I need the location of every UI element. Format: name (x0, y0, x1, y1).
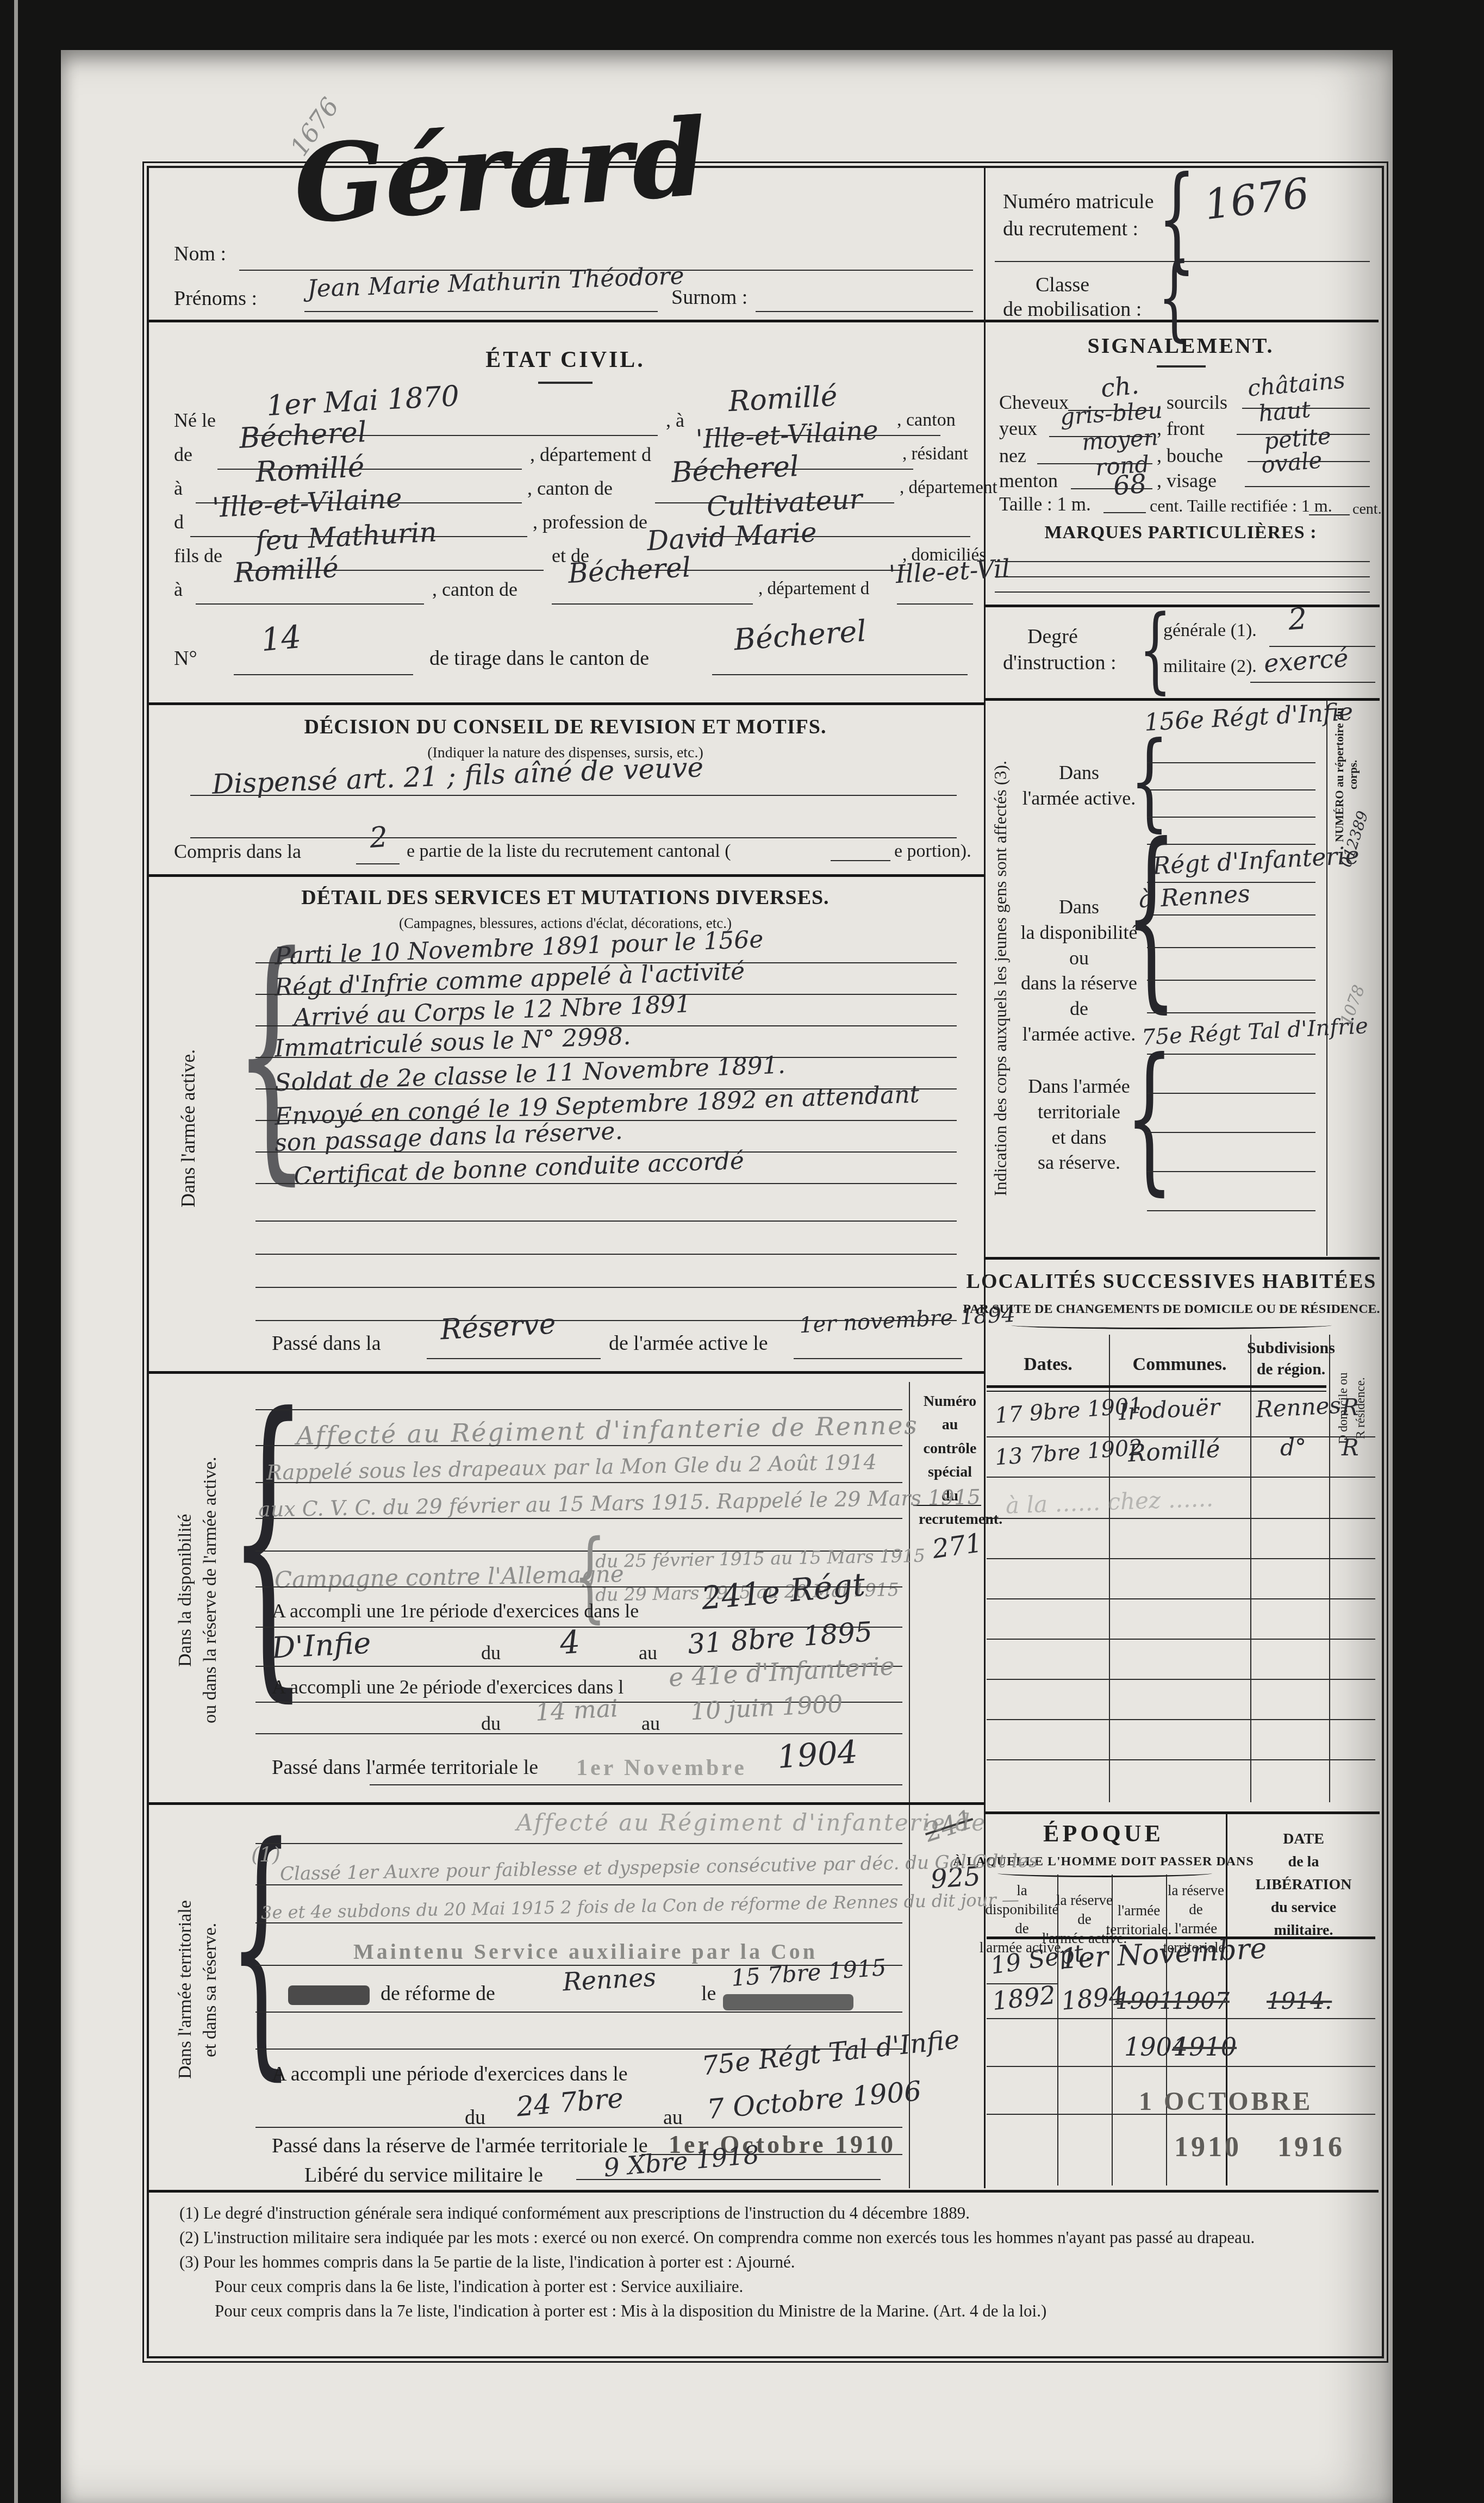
ruled-line (1147, 789, 1315, 790)
reforme-label: de réforme de (381, 1983, 495, 2005)
profession: Cultivateur (706, 485, 863, 521)
epoque-res-terr-struck-2: 1910 (1173, 2034, 1237, 2059)
ruled-line (831, 860, 890, 861)
etat-l1-c: , canton (897, 410, 956, 430)
campagne-dates-1: du 25 février 1915 au 15 Mars 1915 (595, 1547, 925, 1571)
etat-l3-b: , canton de (527, 478, 613, 499)
ruled-line (1147, 1012, 1315, 1013)
epoque-liberation-struck: 1914. (1267, 1990, 1332, 2013)
footnote-3: (3) Pour les hommes compris dans la 5e p… (179, 2253, 795, 2271)
degre-label-2: d'instruction : (1003, 652, 1116, 674)
etat-l6-b: , canton de (432, 580, 517, 600)
passe-reserve-value: Réserve (440, 1310, 557, 1344)
prenoms-label: Prénoms : (174, 288, 257, 310)
ruled-line (370, 1784, 902, 1785)
ruled-line (1147, 980, 1315, 981)
etat-civil-title: ÉTAT CIVIL. (485, 348, 645, 372)
terr-affecte-stamp: Affecté au Régiment d'infanterie de (516, 1811, 987, 1834)
corps-dispo-label: Dans la disponibilité ou dans la réserve… (1021, 894, 1138, 1047)
ruled-line (1147, 1210, 1315, 1211)
ruled-line (1147, 1093, 1315, 1094)
matricule-value: 1676 (1202, 172, 1311, 226)
etat-l4-a: d (174, 512, 184, 533)
ruled-line (304, 311, 658, 312)
degre-label: Degré (1027, 626, 1078, 648)
passe-territoriale-stamp: 1er Novembre (576, 1755, 747, 1781)
epoque-res-terr-struck: 1907 (1171, 1990, 1230, 2013)
ruled-line (712, 674, 968, 675)
ruled-line (255, 1445, 902, 1446)
nez-value: moyen (1081, 426, 1159, 454)
surnom-label: Surnom : (671, 287, 747, 309)
brace: { (1139, 596, 1171, 703)
localites-title: LOCALITÉS SUCCESSIVES HABITÉES (967, 1271, 1377, 1293)
ruled-line (356, 863, 400, 864)
taille-label: Taille : 1 m. (999, 495, 1091, 515)
terr-du-label: du (465, 2107, 485, 2129)
ruled-line (756, 311, 973, 312)
menton-label: menton (999, 471, 1058, 491)
note-mark: (1) (251, 1844, 280, 1865)
classe-label-2: de mobilisation : (1003, 299, 1142, 321)
col-dates-header: Dates. (1024, 1355, 1073, 1374)
ruled-line (552, 603, 753, 605)
ruled-line (255, 1733, 902, 1734)
scan-edge-line (14, 0, 18, 2503)
periode2-au-label: au (641, 1714, 660, 1734)
date-liberation-header: DATE de la LIBÉRATION du service militai… (1256, 1828, 1352, 1942)
epoque-dispo-year: 1892 (991, 1982, 1057, 2014)
epoque-title: ÉPOQUE (1043, 1821, 1164, 1846)
services-side-label: Dans l'armée active. (177, 924, 199, 1332)
controle-value: 271 (931, 1530, 983, 1562)
libere-label: Libéré du service militaire le (304, 2165, 543, 2187)
etat-l1-b: , à (666, 410, 684, 431)
etat-l6-a: à (174, 580, 183, 600)
birth-place: Romillé (728, 382, 838, 416)
ruled-line (987, 1558, 1375, 1559)
ink-strike-blob (723, 1994, 853, 2010)
visage-value: ovale (1260, 449, 1323, 477)
footnote-4: Pour ceux compris dans la 6e liste, l'in… (215, 2278, 743, 2296)
passe-reserve-label-b: de l'armée active le (609, 1333, 768, 1355)
compris-label-b: e partie de la liste du recrutement cant… (407, 842, 731, 861)
localite-row-dr: R (1342, 1436, 1359, 1459)
ruled-line (234, 674, 413, 675)
periode2-label: A accompli une 2e période d'exercices da… (272, 1677, 623, 1698)
repertoire-column-border (1326, 700, 1327, 1256)
periode1-du-label: du (481, 1643, 501, 1664)
nom-label: Nom : (174, 244, 226, 265)
ruled-line (987, 1598, 1375, 1599)
ruled-line (255, 2127, 902, 2128)
localite-row-subdiv: Rennes (1255, 1394, 1342, 1421)
tirage-number: 14 (260, 621, 303, 656)
corps-terr-label: Dans l'armée territoriale et dans sa rés… (1028, 1074, 1130, 1175)
epoque-col3-header: l'armée territoriale. (1106, 1901, 1172, 1939)
passe-territoriale-label: Passé dans l'armée territoriale le (272, 1757, 538, 1779)
marques-title: MARQUES PARTICULIÈRES : (1044, 523, 1317, 543)
front-value: haut (1257, 398, 1311, 425)
stamp-1-octobre: 1 OCTOBRE (1139, 2087, 1313, 2116)
maintenu-stamp: Maintenu Service auxiliaire par la Con (353, 1939, 818, 1964)
instruction-militaire-label: militaire (2). (1163, 657, 1257, 676)
ruled-line (987, 1679, 1375, 1680)
ruled-line (255, 1254, 957, 1255)
terr-passe-label: Passé dans la réserve de l'armée territo… (272, 2135, 648, 2157)
residence-canton: Bécherel (671, 452, 800, 487)
ruled-line (196, 603, 424, 605)
decorative-swash (1011, 1321, 1332, 1329)
signalement-title: SIGNALEMENT. (1087, 334, 1274, 357)
tirage-label-b: de tirage dans le canton de (429, 648, 649, 670)
ruled-line (255, 1518, 902, 1519)
dispo-side-label-2: ou dans la réserve de l'armée active. (200, 1392, 221, 1789)
ruled-line (1147, 762, 1315, 763)
ruled-line (1147, 1171, 1315, 1172)
brace: { (228, 1790, 294, 2103)
ruled-line (987, 2018, 1375, 2019)
compris-label-c: e portion). (894, 842, 971, 861)
tirage-label-a: N° (174, 648, 197, 670)
domicile-canton: Bécherel (568, 553, 691, 587)
terr-periode-label: A accompli une période d'exercices dans … (272, 2064, 628, 2085)
matricule-label: Numéro matricule (1003, 191, 1154, 213)
ruled-line (255, 1922, 902, 1923)
corps-side-label: Indication des corps auxquels les jeunes… (990, 707, 1011, 1250)
periode1-au-label: au (639, 1643, 657, 1664)
col-subdivisions-header: Subdivisions de région. (1247, 1337, 1335, 1380)
col-communes-header: Communes. (1133, 1355, 1227, 1374)
ruled-line (897, 603, 973, 605)
ruled-line (255, 1287, 957, 1288)
reforme-place: Rennes (562, 1965, 657, 1995)
domicile-departement: 'Ille-et-Vil (888, 556, 1011, 587)
taille-rectifiee-label: cent. Taille rectifiée : 1 m. (1150, 497, 1332, 515)
instruction-militaire-value: exercé (1263, 645, 1349, 676)
ruled-line (987, 1518, 1375, 1519)
compris-label-a: Compris dans la (174, 842, 301, 862)
residence-commune: Romillé (255, 453, 365, 487)
terr-au-label: au (663, 2107, 683, 2129)
reforme-le-label: le (701, 1983, 716, 2005)
sourcils-label: , sourcils (1157, 393, 1227, 413)
controle-header: Numéro au contrôle spécial du recrutemen… (919, 1390, 981, 1531)
ruled-line (1245, 486, 1370, 487)
instruction-generale-label: générale (1). (1163, 621, 1257, 640)
ruled-line (1147, 947, 1315, 948)
etat-l1-a: Né le (174, 410, 216, 431)
localite-row-dr: R (1342, 1396, 1359, 1419)
etat-l2-c: , résidant (902, 445, 968, 464)
matricule-label-2: du recrutement : (1003, 219, 1138, 240)
ink-strike-blob (288, 1985, 370, 2005)
etat-l3-c: , département (900, 478, 997, 497)
ruled-line (255, 2012, 902, 2013)
ruled-line (190, 795, 957, 796)
ruled-line (255, 1183, 957, 1184)
footnote-1: (1) Le degré d'instruction générale sera… (179, 2205, 970, 2222)
ruled-line (576, 2179, 881, 2180)
corps-active-label: Dans l'armée active. (1022, 760, 1136, 811)
footnote-2: (2) L'instruction militaire sera indiqué… (179, 2229, 1255, 2247)
footnote-5: Pour ceux compris dans la 7e liste, l'in… (215, 2302, 1046, 2320)
stamp-1916: 1916 (1277, 2131, 1345, 2163)
birth-canton: Bécherel (239, 418, 367, 453)
footnote-divider (149, 2190, 1379, 2193)
tirage-canton: Bécherel (733, 617, 867, 655)
section-divider (984, 1257, 1380, 1260)
yeux-label: yeux (999, 419, 1037, 439)
ruled-line (987, 1719, 1375, 1720)
table-header-rule (987, 1391, 1326, 1392)
ruled-line (794, 1358, 962, 1359)
ruled-line (987, 1983, 1057, 1984)
mother-name: David Marie (646, 519, 818, 555)
ruled-line (255, 1843, 902, 1844)
dispo-side-label-1: Dans la disponibilité (175, 1392, 196, 1789)
compris-value: 2 (369, 823, 389, 852)
domicile-commune: Romillé (233, 554, 339, 587)
classe-label: Classe (1036, 275, 1089, 296)
periode1-regiment-2: D'Infie (271, 1628, 372, 1663)
table-column-border (1250, 1335, 1251, 1802)
ruled-line (255, 1409, 902, 1410)
ruled-line (987, 1477, 1375, 1478)
cheveux-label: Cheveux (999, 393, 1069, 413)
ruled-line (255, 1221, 957, 1222)
brace: { (1125, 804, 1177, 1031)
section-divider (984, 605, 1380, 607)
localite-row-subdiv: d° (1280, 1436, 1306, 1459)
visage-label: , visage (1157, 471, 1217, 491)
etat-l2-a: de (174, 445, 192, 465)
etat-l3-a: à (174, 478, 183, 499)
ruled-line (987, 2066, 1375, 2067)
instruction-generale-value: 2 (1287, 604, 1308, 634)
ruled-line (1309, 514, 1350, 515)
services-title: DÉTAIL DES SERVICES ET MUTATIONS DIVERSE… (301, 887, 829, 909)
terr-side-label-2: et dans sa réserve. (200, 1838, 221, 2142)
ruled-line (987, 1759, 1375, 1760)
title-dash (538, 382, 593, 384)
nez-label: nez (999, 446, 1026, 466)
periode2-du-label: du (481, 1714, 501, 1734)
localites-subtitle: PAR SUITE DE CHANGEMENTS DE DOMICILE OU … (963, 1303, 1380, 1316)
brace: { (228, 1352, 308, 1729)
front-label: , front (1157, 419, 1205, 439)
bouche-label: , bouche (1157, 446, 1223, 466)
section-divider (149, 320, 1379, 322)
localite-row-commune: Irodouër (1118, 1396, 1220, 1424)
etat-l5-a: fils de (174, 546, 222, 566)
ruled-line (987, 1639, 1375, 1640)
localite-row-commune: Romillé (1127, 1437, 1221, 1466)
passe-territoriale-year: 1904 (776, 1736, 858, 1773)
etat-l4-b: , profession de (533, 512, 647, 533)
taille-cent-label: cent. (1352, 501, 1382, 517)
ruled-line (190, 837, 957, 838)
section-divider (984, 1811, 1380, 1814)
etat-l2-b: , département d (530, 445, 651, 465)
ruled-line (1147, 1132, 1315, 1133)
periode1-label: A accompli une 1re période d'exercices d… (272, 1601, 639, 1622)
ruled-line (987, 2114, 1375, 2115)
taille-value: 68 (1112, 470, 1148, 499)
stamp-1910: 1910 (1174, 2131, 1242, 2163)
ruled-line (427, 1358, 601, 1359)
ruled-line (995, 591, 1370, 593)
ruled-line (255, 1884, 902, 1885)
table-header-rule (987, 1385, 1326, 1388)
title-dash (1157, 365, 1206, 368)
section-divider (149, 702, 984, 705)
ruled-line (255, 1482, 902, 1483)
ruled-line (1103, 512, 1146, 513)
cheveux-value: ch. (1100, 372, 1140, 401)
etat-l6-c: , département d (758, 580, 869, 599)
section-divider (149, 874, 984, 877)
brace: { (1125, 1025, 1174, 1211)
periode2-du-value: 14 mai (535, 1697, 619, 1725)
ruled-line (995, 561, 1370, 562)
ruled-line (995, 576, 1370, 577)
ruled-line (1250, 682, 1375, 683)
terr-side-label-1: Dans l'armée territoriale (175, 1838, 196, 2142)
decision-title: DÉCISION DU CONSEIL DE REVISION ET MOTIF… (304, 717, 827, 738)
periode1-du-value: 4 (559, 1626, 581, 1659)
